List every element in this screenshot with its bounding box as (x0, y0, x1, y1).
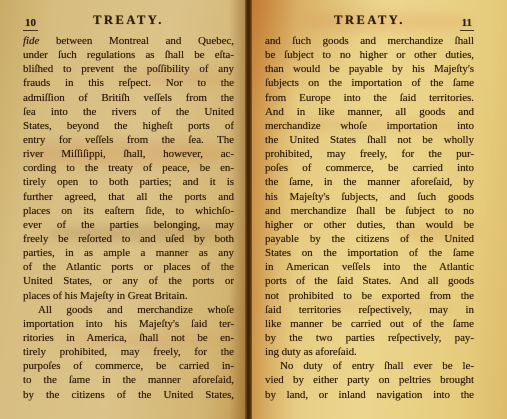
left-page-number: 10 (23, 17, 38, 31)
text-line: States, beyond the higheſt ports of (23, 119, 234, 133)
text-line: ſea into the rivers of the United (23, 105, 234, 119)
right-running-head: TREATY. 11 (265, 13, 474, 34)
right-page: TREATY. 11 and ſuch goods and merchandiz… (252, 0, 507, 419)
text-line: the ſame, in the manner aforeſaid, by (265, 175, 474, 189)
text-line: admiſſion of Britiſh veſſels from the (23, 91, 234, 105)
right-page-number: 11 (460, 17, 474, 31)
right-page-number-zone: 11 (436, 13, 474, 31)
italic-lead-word: fide (23, 35, 39, 47)
text-line: and ſuch goods and merchandize ſhall (265, 34, 474, 48)
text-line: further agreed, that all the ports and (23, 190, 234, 204)
text-line: places of his Majeſty in Great Britain. (23, 289, 234, 303)
text-line: parties, in as ample a manner as any (23, 246, 234, 260)
text-line: tirely open to both parties; and it is (23, 175, 234, 189)
text-line: vied by either party on peltries brought (265, 373, 474, 387)
text-line: places on its eaſtern ſide, to whichſo- (23, 204, 234, 218)
text-line: ritories in America, ſhall not be en- (23, 331, 234, 345)
text-line: to the ſame in the manner aforeſaid, (23, 373, 234, 387)
text-line: fide between Montreal and Quebec, (23, 34, 234, 48)
left-running-head: 10 TREATY. (23, 13, 234, 34)
text-line: river Miſſiſippi, ſhall, however, ac- (23, 147, 234, 161)
text-line: and merchandize ſhall be ſubject to no (265, 204, 474, 218)
text-line: importation into his Majeſty's ſaid ter- (23, 317, 234, 331)
text-line: by the two parties reſpectively, pay- (265, 331, 474, 345)
text-line: merchandize whoſe importation into (265, 119, 474, 133)
right-page-text: and ſuch goods and merchandize ſhallbe ſ… (265, 34, 474, 402)
text-line: United States, or any of the ports or (23, 274, 234, 288)
book-spread: 10 TREATY. fide between Montreal and Que… (0, 0, 507, 419)
text-line: frauds in this reſpect. Nor to the (23, 76, 234, 90)
right-running-title: TREATY. (303, 13, 436, 28)
text-line: ſubjects on the importation of the ſame (265, 76, 474, 90)
text-line: by land, or inland navigation into the (265, 388, 474, 402)
text-line: be ſubject to no higher or other duties, (265, 48, 474, 62)
text-line: poſes of commerce, be carried into (265, 161, 474, 175)
text-line: bliſhed to prevent the poſſibility of an… (23, 62, 234, 76)
right-page-surface: TREATY. 11 and ſuch goods and merchandiz… (252, 0, 507, 419)
text-line: cording to the treaty of peace, be en- (23, 161, 234, 175)
text-line: tirely prohibited, may freely, for the (23, 345, 234, 359)
left-page: 10 TREATY. fide between Montreal and Que… (0, 0, 245, 419)
text-line: of the Atlantic ports or places of the (23, 260, 234, 274)
text-line: by the citizens of the United States, (23, 388, 234, 402)
text-line: not prohibited to be exported from the (265, 289, 474, 303)
text-line: payable by the citizens of the United (265, 232, 474, 246)
text-line: And in like manner, all goods and (265, 105, 474, 119)
text-line: in American veſſels into the Atlantic (265, 260, 474, 274)
left-page-number-zone: 10 (23, 13, 61, 31)
text-line: his Majeſty's ſubjects, and ſuch goods (265, 190, 474, 204)
text-line: ports of the ſaid States. And all goods (265, 274, 474, 288)
text-line: No duty of entry ſhall ever be le- (265, 359, 474, 373)
text-line: like manner be carried out of the ſame (265, 317, 474, 331)
text-line: ing duty as aforeſaid. (265, 345, 474, 359)
left-running-title: TREATY. (61, 13, 196, 28)
text-line: freely be reſorted to and uſed by both (23, 232, 234, 246)
text-line: under ſuch regulations as ſhall be eſta- (23, 48, 234, 62)
text-line: ſaid territories reſpectively, may in (265, 303, 474, 317)
text-line: States on the importation of the ſame (265, 246, 474, 260)
text-line: purpoſes of commerce, be carried in- (23, 359, 234, 373)
text-line: than would be payable by his Majeſty's (265, 62, 474, 76)
text-line: from Europe into the ſaid territories. (265, 91, 474, 105)
text-line: entry for veſſels from the ſea. The (23, 133, 234, 147)
text-line: All goods and merchandize whoſe (23, 303, 234, 317)
text-line: higher or other duties, than would be (265, 218, 474, 232)
text-line: ever of the parties belonging, may (23, 218, 234, 232)
book-gutter (245, 0, 252, 419)
text-line: the United States ſhall not be wholly (265, 133, 474, 147)
left-page-surface: 10 TREATY. fide between Montreal and Que… (0, 0, 245, 419)
text-line: prohibited, may freely, for the pur- (265, 147, 474, 161)
left-page-text: fide between Montreal and Quebec,under ſ… (23, 34, 234, 402)
